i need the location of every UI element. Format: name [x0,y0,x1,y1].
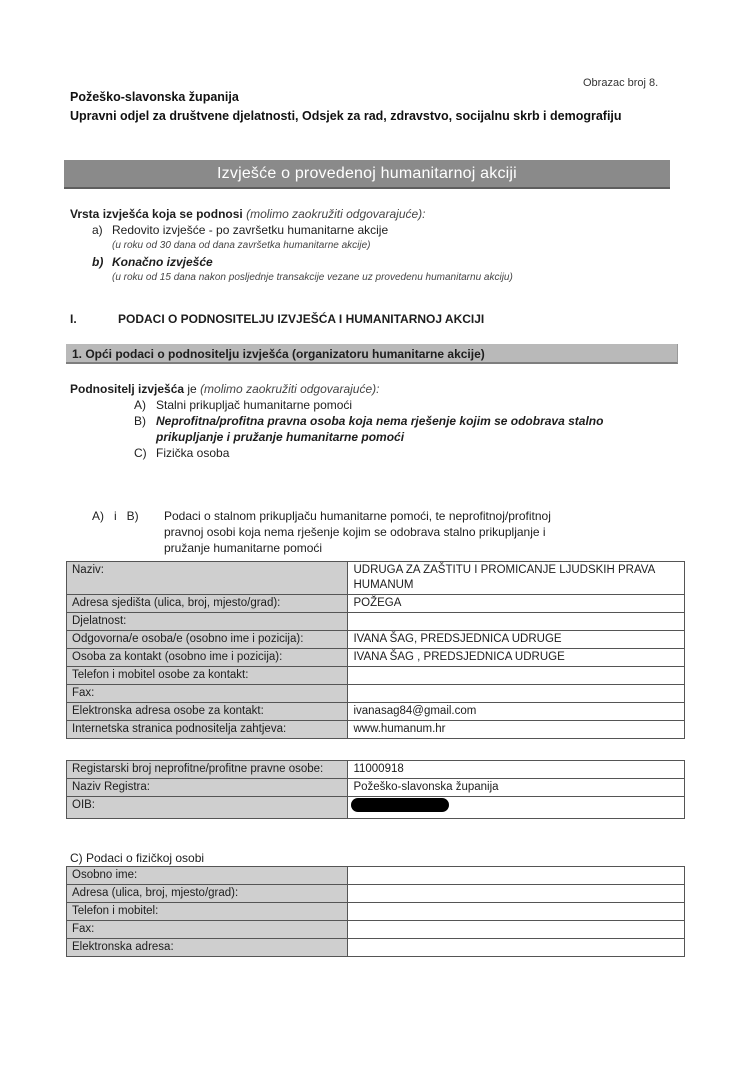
natural-person-table: Osobno ime:Adresa (ulica, broj, mjesto/g… [66,866,685,957]
ab-section-heading: A) i B) Podaci o stalnom prikupljaču hum… [92,508,564,556]
field-value[interactable] [348,921,685,939]
table-row: Osobno ime: [67,867,685,885]
table-row: Registarski broj neprofitne/profitne pra… [67,761,685,779]
field-value[interactable]: www.humanum.hr [348,721,685,739]
table-row: Fax: [67,685,685,703]
field-label: Naziv Registra: [67,779,348,797]
field-label: Osobno ime: [67,867,348,885]
submitter-question: Podnositelj izvješća [70,382,184,396]
table-row: Adresa sjedišta (ulica, broj, mjesto/gra… [67,595,685,613]
option-label: Konačno izvješće [112,254,513,270]
registry-table: Registarski broj neprofitne/profitne pra… [66,760,685,819]
option-label: Redovito izvješće - po završetku humanit… [112,222,388,238]
table-row: OIB: [67,797,685,819]
table-row: Osoba za kontakt (osobno ime i pozicija)… [67,649,685,667]
department-name: Upravni odjel za društvene djelatnosti, … [70,107,622,126]
table-row: Internetska stranica podnositelja zahtje… [67,721,685,739]
field-label: Fax: [67,685,348,703]
submitter-option-b[interactable]: B) Neprofitna/profitna pravna osoba koja… [134,413,626,445]
field-value[interactable]: UDRUGA ZA ZAŠTITU I PROMICANJE LJUDSKIH … [348,562,685,595]
field-label: Osoba za kontakt (osobno ime i pozicija)… [67,649,348,667]
field-value[interactable] [348,903,685,921]
report-option-a[interactable]: a) Redovito izvješće - po završetku huma… [92,222,513,254]
field-label: Fax: [67,921,348,939]
option-note: (u roku od 30 dana od dana završetka hum… [112,238,388,254]
report-type-section: Vrsta izvješća koja se podnosi (molimo z… [70,206,513,286]
organization-details-table: Naziv:UDRUGA ZA ZAŠTITU I PROMICANJE LJU… [66,561,685,739]
redaction-mark [351,798,449,812]
field-value[interactable] [348,685,685,703]
field-label: OIB: [67,797,348,819]
c-section-title: C) Podaci o fizičkoj osobi [70,851,204,865]
table-row: Adresa (ulica, broj, mjesto/grad): [67,885,685,903]
table-row: Telefon i mobitel osobe za kontakt: [67,667,685,685]
organization-header: Požeško-slavonska županija Upravni odjel… [70,88,622,126]
field-value[interactable] [348,939,685,957]
field-value[interactable] [348,667,685,685]
field-value[interactable]: IVANA ŠAG, PREDSJEDNICA UDRUGE [348,631,685,649]
field-label: Adresa (ulica, broj, mjesto/grad): [67,885,348,903]
field-label: Registarski broj neprofitne/profitne pra… [67,761,348,779]
field-label: Djelatnost: [67,613,348,631]
field-label: Telefon i mobitel: [67,903,348,921]
table-row: Fax: [67,921,685,939]
field-label: Adresa sjedišta (ulica, broj, mjesto/gra… [67,595,348,613]
field-label: Odgovorna/e osoba/e (osobno ime i pozici… [67,631,348,649]
submitter-section: Podnositelj izvješća je (molimo zaokruži… [70,381,626,461]
field-value[interactable] [348,613,685,631]
county-name: Požeško-slavonska županija [70,88,622,107]
table-row: Elektronska adresa: [67,939,685,957]
option-note: (u roku od 15 dana nakon posljednje tran… [112,270,513,286]
table-row: Elektronska adresa osobe za kontakt:ivan… [67,703,685,721]
submitter-hint: (molimo zaokružiti odgovarajuće): [200,382,379,396]
option-letter: b) [92,254,112,286]
section-number: I. [70,312,118,326]
submitter-option-c[interactable]: C) Fizička osoba [134,445,626,461]
table-row: Odgovorna/e osoba/e (osobno ime i pozici… [67,631,685,649]
field-label: Telefon i mobitel osobe za kontakt: [67,667,348,685]
field-value[interactable]: Požeško-slavonska županija [348,779,685,797]
submitter-option-a[interactable]: A) Stalni prikupljač humanitarne pomoći [134,397,626,413]
document-title: Izvješće o provedenoj humanitarnoj akcij… [64,160,670,189]
field-label: Elektronska adresa osobe za kontakt: [67,703,348,721]
table-row: Telefon i mobitel: [67,903,685,921]
table-row: Djelatnost: [67,613,685,631]
field-label: Internetska stranica podnositelja zahtje… [67,721,348,739]
option-letter: a) [92,222,112,254]
ab-letters: A) i B) [92,508,164,556]
subsection-title: 1. Opći podaci o podnositelju izvješća (… [66,344,678,364]
table-row: Naziv Registra:Požeško-slavonska županij… [67,779,685,797]
report-type-question: Vrsta izvješća koja se podnosi [70,207,243,221]
field-label: Naziv: [67,562,348,595]
report-type-hint: (molimo zaokružiti odgovarajuće): [246,207,425,221]
field-value[interactable]: 11000918 [348,761,685,779]
field-value[interactable]: IVANA ŠAG , PREDSJEDNICA UDRUGE [348,649,685,667]
field-value[interactable] [348,797,685,819]
ab-description: Podaci o stalnom prikupljaču humanitarne… [164,508,564,556]
table-row: Naziv:UDRUGA ZA ZAŠTITU I PROMICANJE LJU… [67,562,685,595]
field-value[interactable] [348,867,685,885]
section-title: PODACI O PODNOSITELJU IZVJEŠĆA I HUMANIT… [118,312,484,326]
report-option-b[interactable]: b) Konačno izvješće (u roku od 15 dana n… [92,254,513,286]
field-value[interactable] [348,885,685,903]
field-label: Elektronska adresa: [67,939,348,957]
field-value[interactable]: ivanasag84@gmail.com [348,703,685,721]
section-heading: I. PODACI O PODNOSITELJU IZVJEŠĆA I HUMA… [70,312,484,326]
field-value[interactable]: POŽEGA [348,595,685,613]
